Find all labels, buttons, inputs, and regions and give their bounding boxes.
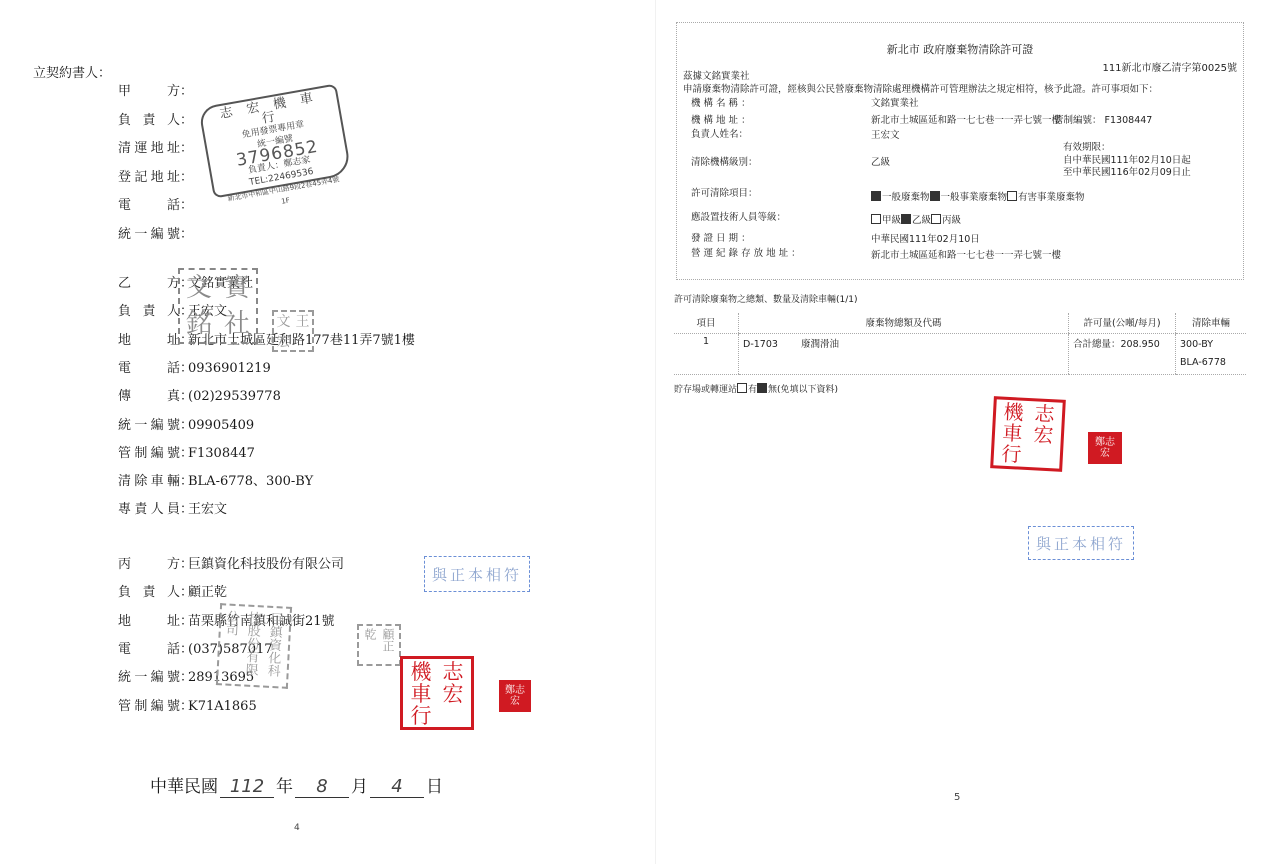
field-label: 管制編號	[118, 442, 180, 461]
cell-item: 1	[674, 334, 739, 375]
field-label: 地 址	[118, 610, 180, 629]
tech-levels: 甲級乙級丙級	[871, 212, 961, 226]
field-label: 登記地址	[118, 166, 180, 185]
page-number: 4	[294, 823, 300, 833]
field-colon: ：	[180, 137, 188, 156]
permitted-items-label: 許可清除項目：	[691, 185, 758, 199]
cell-amount: 合計總量：208.950	[1069, 334, 1176, 375]
party-field-row: 統一編號：	[118, 223, 188, 242]
permit-page-5: 新北市 政府廢棄物清除許可證 111新北市廢乙清字第0025號 茲據文銘實業社 …	[655, 0, 1283, 864]
red-person-seal: 鄭志宏	[499, 680, 531, 712]
tech-level-label: 應設置技術人員等級：	[691, 209, 786, 223]
checkbox-checked-icon	[901, 214, 911, 224]
field-label: 電 話	[118, 357, 180, 376]
checkbox-label: 乙級	[912, 215, 931, 226]
field-value: F1308447	[188, 446, 255, 461]
party-field-row: 負 責 人：	[118, 109, 188, 128]
party-field-row: 傳 真：(02)29539778	[118, 385, 281, 404]
field-value: 09905409	[188, 418, 254, 433]
party-field-row: 電 話：0936901219	[118, 357, 271, 376]
permit-title: 新北市 政府廢棄物清除許可證	[677, 41, 1243, 57]
seal-char: 機	[405, 661, 437, 683]
party-field-row: 管制編號：K71A1865	[118, 695, 257, 714]
seal-char: 宏	[1027, 424, 1059, 447]
cell-waste: D-1703 廢潤滑油	[739, 334, 1069, 375]
validity-period: 有效期限： 自中華民國111年02月10日起 至中華民國116年02月09日止	[1063, 142, 1191, 180]
seal-char: 行	[405, 705, 437, 727]
field-colon: ：	[180, 442, 188, 461]
checkbox-label: 有	[748, 385, 757, 395]
vehicle-plate: BLA-6778	[1180, 354, 1242, 372]
field-value: K71A1865	[188, 699, 257, 714]
party-b-person-seal: 文 王 宏	[272, 310, 314, 352]
org-name: 文銘實業社	[871, 95, 919, 109]
party-c-person-seal: 顧正乾	[357, 624, 401, 666]
signatories-heading: 立契約書人：	[33, 62, 111, 81]
waste-table: 項目 廢棄物總類及代碼 許可量(公噸/每月) 清除車輛 1 D-1703 廢潤滑…	[674, 313, 1246, 375]
field-label: 統一編號	[118, 223, 180, 242]
seal-char: 行	[995, 443, 1027, 466]
field-value: 0936901219	[188, 361, 271, 376]
storage-options: 有無(免填以下資料)	[737, 385, 838, 395]
waste-name: 廢潤滑油	[801, 339, 839, 350]
checkbox-unchecked-icon	[871, 214, 881, 224]
party-field-row: 清除車輛：BLA-6778、300-BY	[118, 470, 313, 489]
permit-intro: 申請廢棄物清除許可證，經核與公民營廢棄物清除處理機構許可管理辦法之規定相符，核予…	[683, 81, 1158, 95]
org-name-label: 機 構 名 稱 ：	[691, 95, 751, 109]
owner-name: 王宏文	[871, 127, 900, 141]
field-colon: ：	[180, 581, 188, 600]
vehicle-plate: 300-BY	[1180, 336, 1242, 354]
date-day-unit: 日	[426, 777, 443, 797]
field-label: 統一編號	[118, 414, 180, 433]
field-label: 負 責 人	[118, 109, 180, 128]
control-number-value: F1308447	[1105, 115, 1153, 126]
field-label: 清除車輛	[118, 470, 180, 489]
red-person-seal: 鄭志宏	[1088, 432, 1122, 464]
field-colon: ：	[180, 80, 188, 99]
issue-date-label: 發 證 日 期 ：	[691, 230, 751, 244]
permit-certificate: 新北市 政府廢棄物清除許可證 111新北市廢乙清字第0025號 茲據文銘實業社 …	[676, 22, 1244, 280]
cell-vehicles: 300-BY BLA-6778	[1176, 334, 1247, 375]
table-row: 1 D-1703 廢潤滑油 合計總量：208.950 300-BY BLA-67…	[674, 334, 1246, 375]
checkbox-unchecked-icon	[737, 383, 747, 393]
field-label: 管制編號	[118, 695, 180, 714]
contract-page-4: 立契約書人： 甲 方：負 責 人：清運地址：登記地址：電 話：統一編號： 乙 方…	[0, 0, 655, 864]
field-label: 傳 真	[118, 385, 180, 404]
table-header-row: 項目 廢棄物總類及代碼 許可量(公噸/每月) 清除車輛	[674, 313, 1246, 334]
field-colon: ：	[180, 470, 188, 489]
field-label: 清運地址	[118, 137, 180, 156]
seal-char: 文	[180, 270, 218, 306]
checkbox-label: 無(免填以下資料)	[768, 385, 838, 395]
field-value: 王宏文	[188, 498, 227, 517]
party-field-row: 甲 方：	[118, 80, 188, 99]
permit-number: 111新北市廢乙清字第0025號	[1102, 59, 1237, 74]
date-day: 4	[370, 776, 424, 798]
field-label: 甲 方	[118, 80, 180, 99]
checkbox-unchecked-icon	[1007, 191, 1017, 201]
certified-copy-stamp: 與正本相符	[424, 556, 530, 592]
field-colon: ：	[180, 610, 188, 629]
party-b-company-seal: 文 實 銘 社	[178, 268, 258, 344]
field-colon: ：	[180, 109, 188, 128]
col-item: 項目	[674, 313, 739, 334]
red-company-seal: 機 志 車 宏 行	[990, 396, 1066, 472]
field-colon: ：	[180, 357, 188, 376]
date-month-unit: 月	[351, 777, 368, 797]
party-c-company-seal: 巨鎮資化科技股份有限公司	[216, 603, 292, 689]
field-colon: ：	[180, 194, 188, 213]
col-waste: 廢棄物總類及代碼	[739, 313, 1069, 334]
control-number-label: 管制編號：	[1054, 115, 1102, 126]
checkbox-label: 丙級	[942, 215, 961, 226]
control-number: 管制編號： F1308447	[1054, 112, 1152, 126]
field-label: 負 責 人	[118, 300, 180, 319]
field-value: 巨鎮資化科技股份有限公司	[188, 553, 344, 572]
party-field-row: 管制編號：F1308447	[118, 442, 255, 461]
field-label: 乙 方	[118, 272, 180, 291]
field-value: BLA-6778、300-BY	[188, 470, 313, 489]
waste-code: D-1703	[743, 339, 778, 350]
checkbox-checked-icon	[871, 191, 881, 201]
org-address: 新北市土城區延和路一七七巷一一弄七號一樓	[871, 112, 1061, 126]
seal-char: 文	[274, 312, 293, 332]
seal-text: 巨鎮資化科技股份有限公司	[216, 609, 286, 682]
certified-copy-stamp: 與正本相符	[1028, 526, 1134, 560]
field-colon: ：	[180, 166, 188, 185]
seal-char: 銘	[180, 306, 218, 342]
checkbox-label: 甲級	[882, 215, 901, 226]
validity-to: 至中華民國116年02月09日止	[1063, 167, 1191, 180]
storage-label: 貯存場或轉運站	[674, 385, 737, 395]
level-label: 清除機構級別：	[691, 154, 758, 168]
checkbox-unchecked-icon	[931, 214, 941, 224]
date-month: 8	[295, 776, 349, 798]
seal-char: 實	[218, 270, 256, 306]
red-company-seal: 機 志 車 宏 行	[400, 656, 474, 730]
party-field-row: 電 話：	[118, 194, 188, 213]
field-label: 統一編號	[118, 666, 180, 685]
party-field-row: 專責人員：王宏文	[118, 498, 227, 517]
field-label: 專責人員	[118, 498, 180, 517]
stamp-text: 與正本相符	[432, 564, 522, 585]
contract-date: 中華民國112年8月4日	[150, 772, 443, 798]
seal-char: 車	[405, 683, 437, 705]
field-label: 電 話	[118, 638, 180, 657]
field-value: 顧正乾	[188, 581, 227, 600]
party-a-invoice-stamp: 志 宏 機 車 行 免用發票專用章 統一編號 3796852 負責人：鄭志家 T…	[198, 84, 352, 199]
seal-char: 王	[293, 312, 312, 332]
party-field-row: 清運地址：	[118, 137, 188, 156]
stamp-text: 與正本相符	[1036, 533, 1126, 554]
party-field-row: 地 址：新北市土城區延和路177巷11弄7號1樓	[118, 329, 415, 348]
date-prefix: 中華民國	[150, 777, 218, 797]
field-colon: ：	[180, 695, 188, 714]
level-value: 乙級	[871, 154, 890, 168]
field-colon: ：	[180, 666, 188, 685]
field-colon: ：	[180, 385, 188, 404]
date-year: 112	[220, 776, 274, 798]
records-address-label: 營 運 紀 錄 存 放 地 址 ：	[691, 245, 801, 259]
seal-char: 志	[437, 661, 469, 683]
field-value: (02)29539778	[188, 389, 281, 404]
seal-char: 社	[218, 306, 256, 342]
seal-char: 宏	[437, 683, 469, 705]
permit-addressee: 茲據文銘實業社	[683, 68, 750, 82]
storage-station: 貯存場或轉運站有無(免填以下資料)	[674, 382, 838, 395]
party-field-row: 登記地址：	[118, 166, 188, 185]
checkbox-label: 一般事業廢棄物	[941, 192, 1008, 203]
field-colon: ：	[180, 223, 188, 242]
col-vehicles: 清除車輛	[1176, 313, 1247, 334]
permitted-items: 一般廢棄物一般事業廢棄物有害事業廢棄物	[871, 189, 1085, 203]
issue-date: 中華民國111年02月10日	[871, 231, 980, 245]
party-field-row: 負 責 人：顧正乾	[118, 581, 227, 600]
checkbox-label: 有害事業廢棄物	[1018, 192, 1085, 203]
checkbox-checked-icon	[930, 191, 940, 201]
field-label: 負 責 人	[118, 581, 180, 600]
waste-table-caption: 許可清除廢棄物之總類、數量及清除車輛(1/1)	[674, 292, 858, 305]
seal-text: 鄭志宏	[504, 685, 526, 707]
date-year-unit: 年	[276, 777, 293, 797]
owner-label: 負責人姓名：	[691, 126, 748, 140]
field-colon: ：	[180, 638, 188, 657]
field-colon: ：	[180, 553, 188, 572]
seal-text: 顧正乾	[361, 628, 397, 662]
field-colon: ：	[180, 498, 188, 517]
page-number: 5	[954, 792, 960, 803]
checkbox-label: 一般廢棄物	[882, 192, 930, 203]
seal-char: 宏	[274, 332, 293, 352]
field-colon: ：	[180, 414, 188, 433]
field-label: 電 話	[118, 194, 180, 213]
seal-text: 鄭志宏	[1094, 437, 1116, 459]
party-field-row: 統一編號：09905409	[118, 414, 254, 433]
records-address: 新北市土城區延和路一七七巷一一弄七號一樓	[871, 247, 1061, 261]
party-field-row: 丙 方：巨鎮資化科技股份有限公司	[118, 553, 344, 572]
field-label: 地 址	[118, 329, 180, 348]
checkbox-checked-icon	[757, 383, 767, 393]
col-amount: 許可量(公噸/每月)	[1069, 313, 1176, 334]
field-label: 丙 方	[118, 553, 180, 572]
validity-from: 自中華民國111年02月10日起	[1063, 155, 1191, 168]
validity-label: 有效期限：	[1063, 142, 1191, 155]
org-address-label: 機 構 地 址 ：	[691, 112, 751, 126]
